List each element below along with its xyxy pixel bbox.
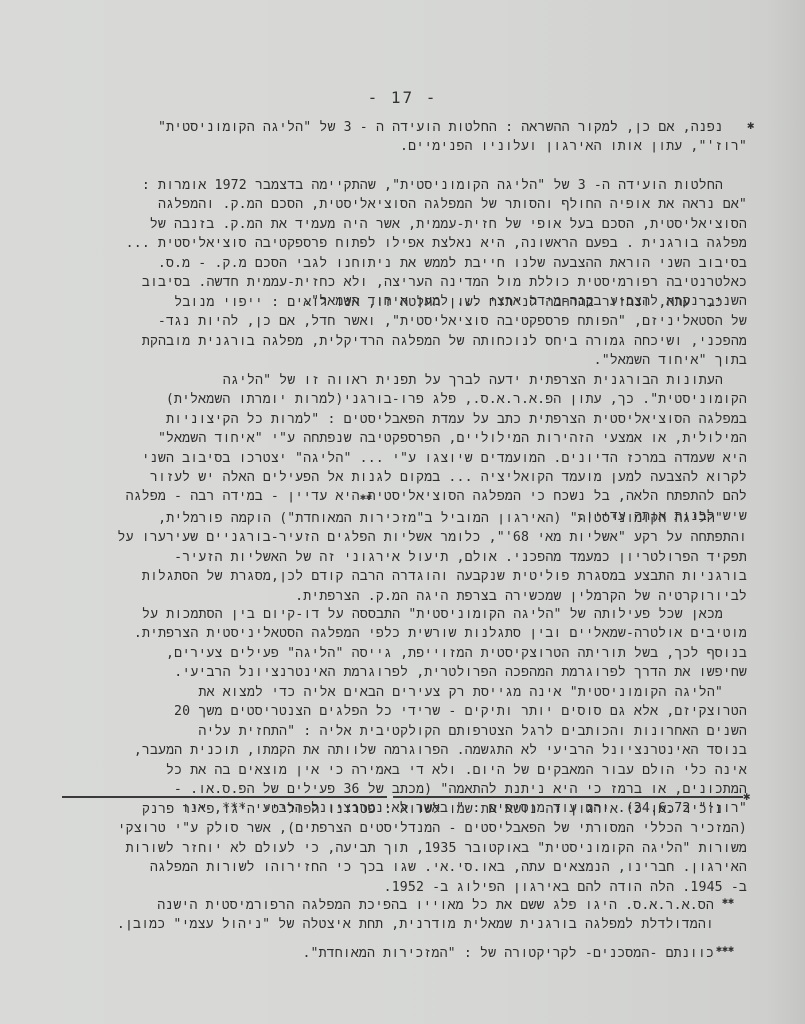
text-line: בורגניות התבצע במסגרת פוליטית שנקבעה והו… xyxy=(64,567,747,586)
text-line: בסיבוב השני הוראת ההצבעה שלנו חייבת לממש… xyxy=(64,254,747,273)
text-line: השנים האחרונות והכותבים לרגל הצטרפותם הק… xyxy=(64,722,747,741)
text-line: משורות "הליגה הקומוניסטית" באוקטובר 1935… xyxy=(64,839,747,858)
text-line: המילולית, או אמצעי הזהירות המילוליים, הפ… xyxy=(64,429,747,448)
text-line: (המזכיר הכללי המסורתי של הפאבליסטים - המ… xyxy=(64,819,747,838)
paragraph-1: נפנה, אם כן, למקור ההשראה : החלטות הועיד… xyxy=(64,118,747,157)
text-line: הטרוצקיזם, אלא גם סוסים יותר ותיקים - שר… xyxy=(64,702,747,721)
paragraph-5: "הליגה הקומוניסטית" (האירגון המוביל ב"מז… xyxy=(64,509,747,606)
footnote-1: נזכיר כאן כי אירגון זה נושא את שמו לשווא… xyxy=(64,800,747,897)
page-number: - 17 - xyxy=(0,88,805,107)
text-line: שחיפשו את הדרך לפרוגרמת המהפכה הפרולטרית… xyxy=(64,663,747,682)
footnote-divider-left xyxy=(62,796,387,798)
text-line: אינה כלי הולם עבור המאבקים של היום. ולא … xyxy=(64,761,747,780)
text-line: והתפתחה על רקע "אשליות מאי 68'", כלומר א… xyxy=(64,528,747,547)
text-line: נזכיר כאן כי אירגון זה נושא את שמו לשווא… xyxy=(64,800,747,819)
text-line: לביורוקרטיה של הקרמלין שמכשירה בצרפת היג… xyxy=(64,587,747,606)
footnote-3: כוונתם -המסכנים- לקריקטורה של : "המזכירו… xyxy=(64,944,714,963)
text-line: מפלגה בורגנית . בפעם הראשונה, היא נאלצת … xyxy=(64,234,747,253)
text-line: הקומוניסטית". כך, עתון הפ.א.ר.א.ס., פלג … xyxy=(64,390,747,409)
footnote-marker-1: ✱ xyxy=(747,118,754,132)
text-line: מכאן שכל פעילותה של "הליגה הקומוניסטית" … xyxy=(64,605,747,624)
text-line: מהפכני, ושיכחה גמורה ביחס לנוכחותה של המ… xyxy=(64,332,747,351)
text-line: כוונתם -המסכנים- לקריקטורה של : "המזכירו… xyxy=(64,944,714,963)
text-line: נפנה, אם כן, למקור ההשראה : החלטות הועיד… xyxy=(64,118,747,137)
text-line: תפקיד הפרולטריון כמעמד מהפכני. אולם, תיע… xyxy=(64,548,747,567)
text-line: החלטות הועידה ה- 3 של "הליגה הקומוניסטית… xyxy=(64,176,747,195)
footnote-2: הס.א.ר.א.ס. היגו פלג ששם את כל מאוייו בה… xyxy=(64,896,714,935)
text-line: הסוציאליסטית, הסכם בעל אופי של חזית-עממי… xyxy=(64,215,747,234)
paragraph-2: החלטות הועידה ה- 3 של "הליגה הקומוניסטית… xyxy=(64,176,747,312)
text-line: בתוך "איחוד השמאל". xyxy=(64,351,747,370)
text-line: הס.א.ר.א.ס. היגו פלג ששם את כל מאוייו בה… xyxy=(64,896,714,915)
text-line: מוטיבים אולטרה-שמאליים ובין סתגלנות שורש… xyxy=(64,624,747,643)
paragraph-4: העתונות הבורגנית הצרפתית ידעה לברך על תפ… xyxy=(64,371,747,526)
footnote-marker-2: ✱✱ xyxy=(722,896,734,907)
text-line: ב- 1945. הלה הודה להם באירגון הפילוג ב- … xyxy=(64,878,747,897)
footnote-marker-2-inline: ✱✱ xyxy=(360,492,372,503)
paragraph-3: כבר עתה, ונחזור בהרחבה לניתוח לשון החלטה… xyxy=(64,293,747,371)
text-line: "אם נראה את אופיה החולף והסותר של המפלגה… xyxy=(64,195,747,214)
text-line: העתונות הבורגנית הצרפתית ידעה לברך על תפ… xyxy=(64,371,747,390)
text-line: היא שעמדה במרכז הדיונים. המועמדים שיוצגו… xyxy=(64,449,747,468)
text-line: כבר עתה, ונחזור בהרחבה לניתוח לשון החלטה… xyxy=(64,293,747,312)
text-line: "רוז'", עתון אותו האירגון ועלוניו הפנימי… xyxy=(64,137,747,156)
text-line: בנוסד האינטרנציונל הרביעי לא התגשמה. הפר… xyxy=(64,741,747,760)
text-line: כאלטרנטיבה רפורמיסטית כוללת מול המדינה ה… xyxy=(64,273,747,292)
text-line: במפלגה הסוציאליסטית הצרפתית כתב על עמדת … xyxy=(64,410,747,429)
text-line: והמדולדלת למפלגה בורגנית שמאלית מודרנית,… xyxy=(64,915,714,934)
text-line: "הליגה הקומוניסטית" (האירגון המוביל ב"מז… xyxy=(64,509,747,528)
text-line: לקרוא להצבעה למען מועמד הקואליציה ... במ… xyxy=(64,468,747,487)
text-line: בנוסף לכך, בשל תוריתה הטרוצקיסטית המזויי… xyxy=(64,644,747,663)
footnote-divider-right xyxy=(393,796,743,798)
footnote-marker-3: ✱✱✱ xyxy=(716,944,734,955)
text-line: "הליגה הקומוניסטית" אינה מגייסת רק צעירי… xyxy=(64,683,747,702)
text-line: של הסטאליניזם, "הפותח פרספקטיבה סוציאליס… xyxy=(64,312,747,331)
text-line: האירגון. חברינו, הנמצאים עתה, באו.סי.אי.… xyxy=(64,858,747,877)
document-page: - 17 - ✱ נפנה, אם כן, למקור ההשראה : החל… xyxy=(0,0,805,1024)
paragraph-6: מכאן שכל פעילותה של "הליגה הקומוניסטית" … xyxy=(64,605,747,683)
paragraph-7: "הליגה הקומוניסטית" אינה מגייסת רק צעירי… xyxy=(64,683,747,819)
text-line: להם להתפתח הלאה, בל נשכח כי המפלגה הסוצי… xyxy=(64,487,747,506)
